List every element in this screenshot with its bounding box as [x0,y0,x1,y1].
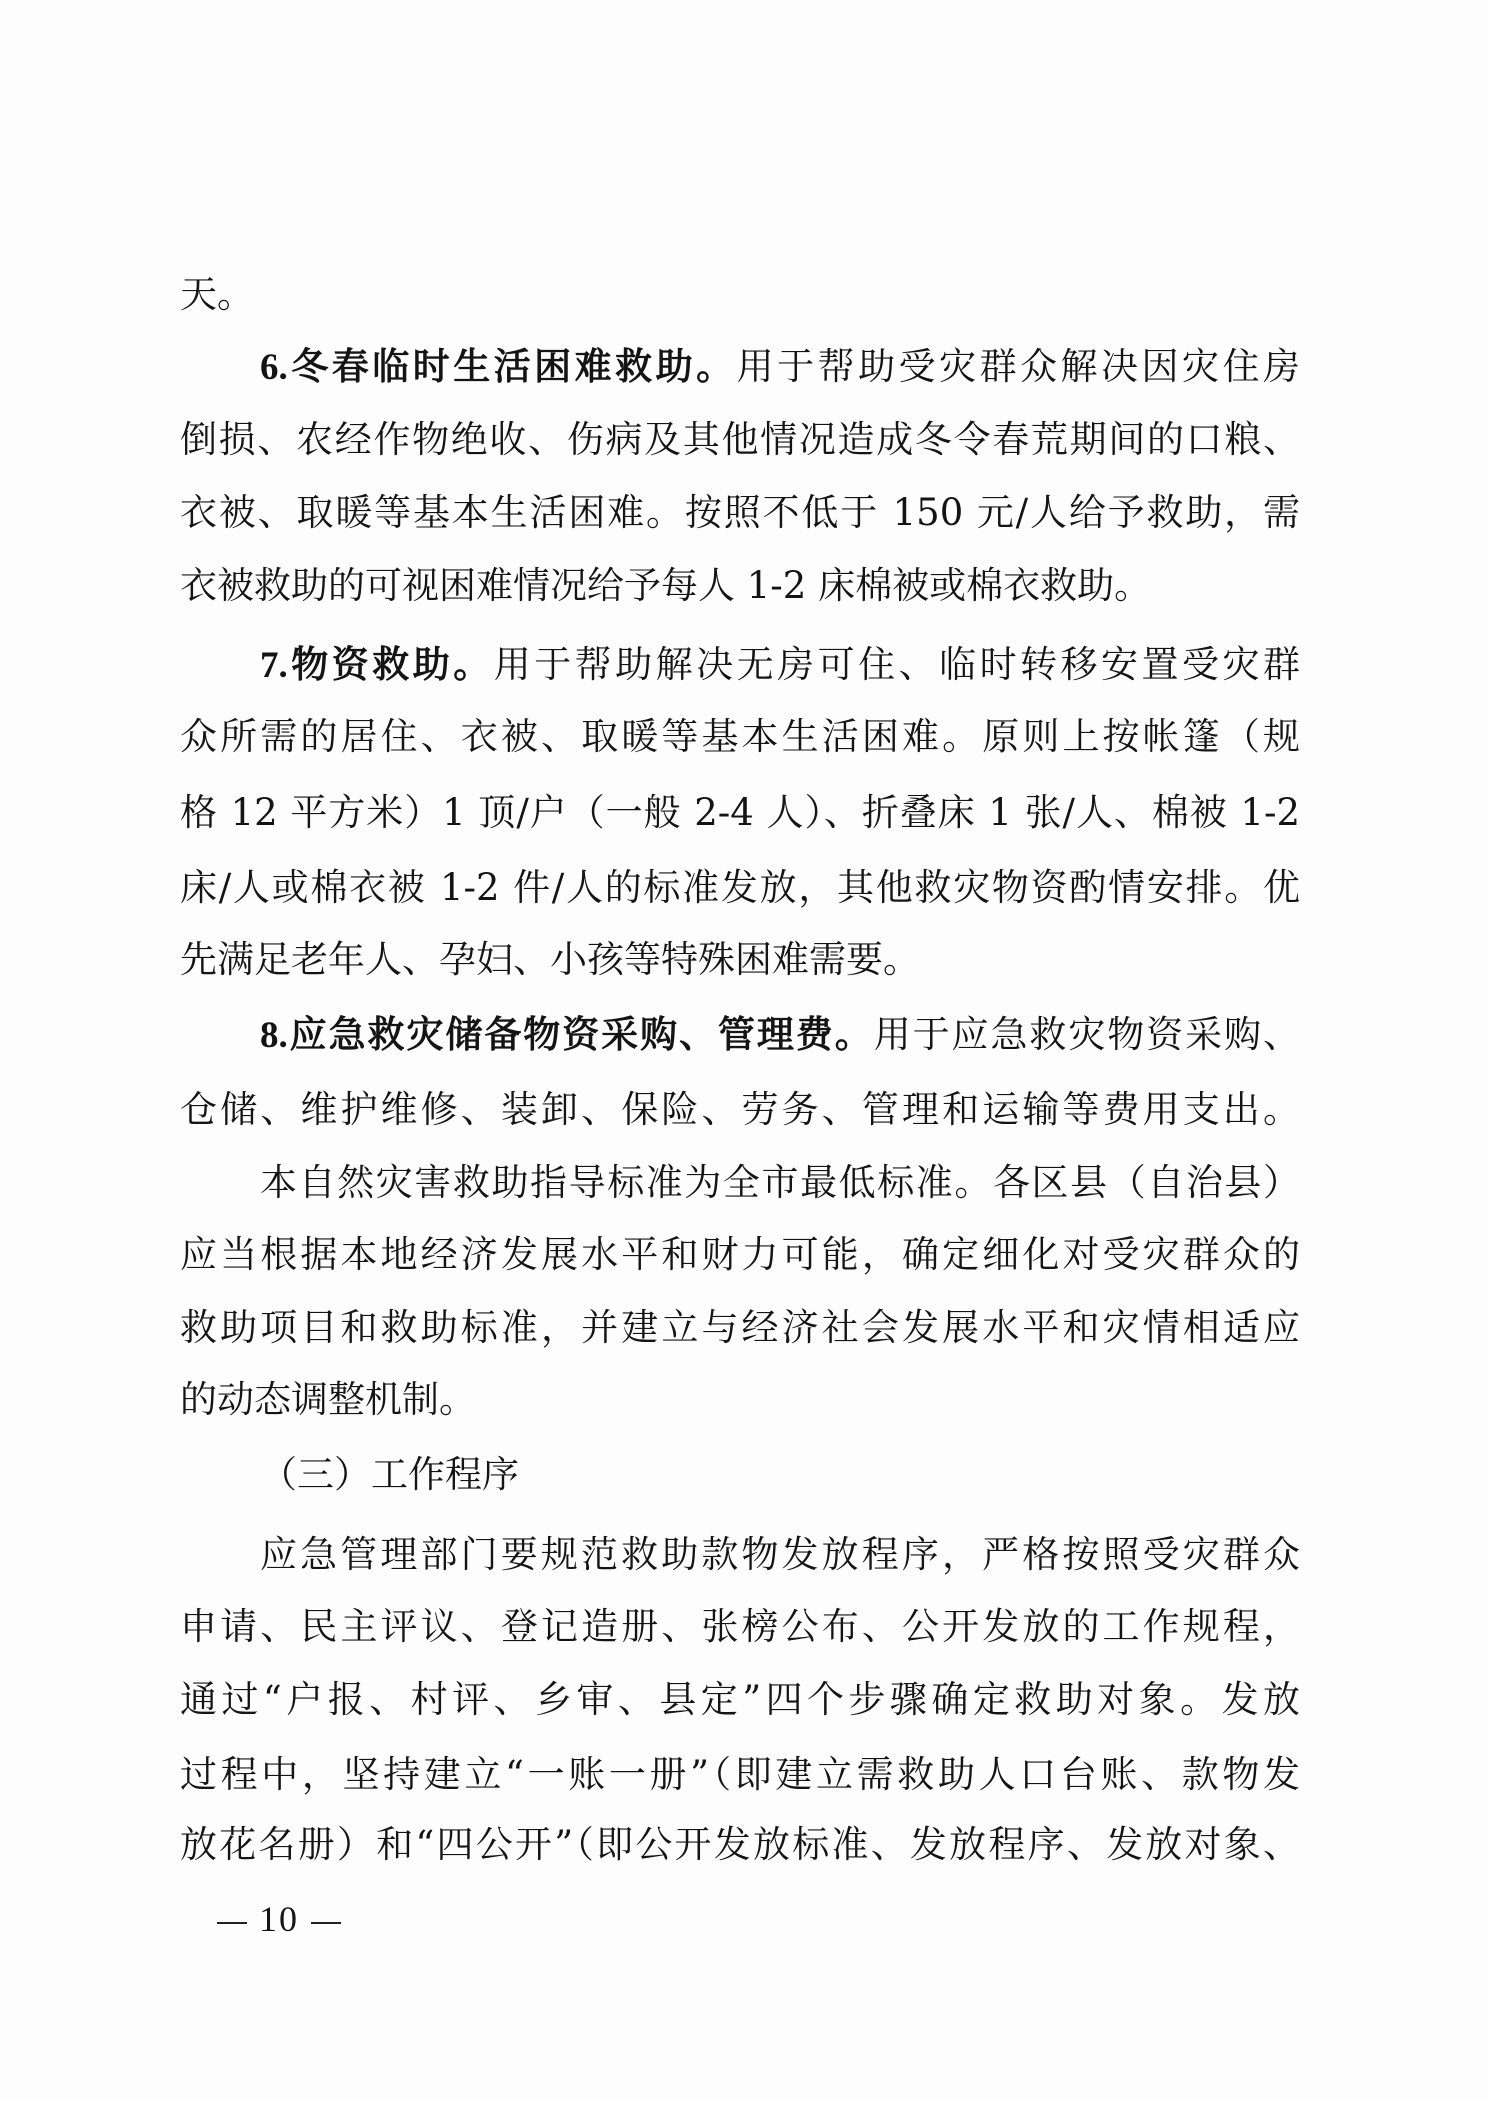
paragraph-start: 应急管理部门要规范救助款物发放程序，严格按照受灾群众 [260,1530,1300,1580]
document-page: 天。 6.冬春临时生活困难救助。用于帮助受灾群众解决因灾住房 倒损、农经作物绝收… [0,0,1487,2102]
text-line: 应当根据本地经济发展水平和财力可能，确定细化对受灾群众的 [180,1230,1300,1280]
text-line: 通过“户报、村评、乡审、县定”四个步骤确定救助对象。发放 [180,1675,1300,1725]
page-number: 10 [205,1898,353,1940]
subsection-heading: （三）工作程序 [260,1450,1300,1500]
text-line: 的动态调整机制。 [180,1375,1300,1425]
text-line: 倒损、农经作物绝收、伤病及其他情况造成冬令春荒期间的口粮、 [180,415,1300,465]
text-line: 衣被、取暖等基本生活困难。按照不低于 150 元/人给予救助，需 [180,488,1300,538]
section-heading-8: 8.应急救灾储备物资采购、管理费。用于应急救灾物资采购、 [260,1010,1300,1060]
section-heading-6: 6.冬春临时生活困难救助。用于帮助受灾群众解决因灾住房 [260,342,1300,392]
text-line: 天。 [180,270,1300,320]
item-title: 6.冬春临时生活困难救助。 [260,347,737,388]
text-line: 先满足老年人、孕妇、小孩等特殊困难需要。 [180,935,1300,985]
text-line: 床/人或棉衣被 1-2 件/人的标准发放，其他救灾物资酌情安排。优 [180,863,1300,913]
line-text: 用于帮助受灾群众解决因灾住房 [737,345,1300,388]
text-line: 放花名册）和“四公开”（即公开发放标准、发放程序、发放对象、 [180,1820,1300,1870]
item-title: 7.物资救助。 [260,645,494,686]
section-heading-7: 7.物资救助。用于帮助解决无房可住、临时转移安置受灾群 [260,640,1300,690]
page-number-value: 10 [259,1899,299,1939]
line-text: 用于应急救灾物资采购、 [874,1013,1300,1056]
text-line: 救助项目和救助标准，并建立与经济社会发展水平和灾情相适应 [180,1303,1300,1353]
text-line: 申请、民主评议、登记造册、张榜公布、公开发放的工作规程， [180,1602,1300,1652]
text-line: 格 12 平方米）1 顶/户（一般 2-4 人）、折叠床 1 张/人、棉被 1-… [180,788,1300,838]
line-text: 天。 [180,273,254,316]
text-line: 众所需的居住、衣被、取暖等基本生活困难。原则上按帐篷（规 [180,712,1300,762]
text-line: 仓储、维护维修、装卸、保险、劳务、管理和运输等费用支出。 [180,1085,1300,1135]
text-line: 过程中，坚持建立“一账一册”（即建立需救助人口台账、款物发 [180,1750,1300,1800]
item-title: 8.应急救灾储备物资采购、管理费。 [260,1015,874,1056]
dash-right [311,1922,341,1924]
dash-left [217,1922,247,1924]
paragraph-start: 本自然灾害救助指导标准为全市最低标准。各区县（自治县） [260,1158,1300,1208]
line-text: 用于帮助解决无房可住、临时转移安置受灾群 [494,643,1300,686]
text-line: 衣被救助的可视困难情况给予每人 1-2 床棉被或棉衣救助。 [180,561,1300,611]
